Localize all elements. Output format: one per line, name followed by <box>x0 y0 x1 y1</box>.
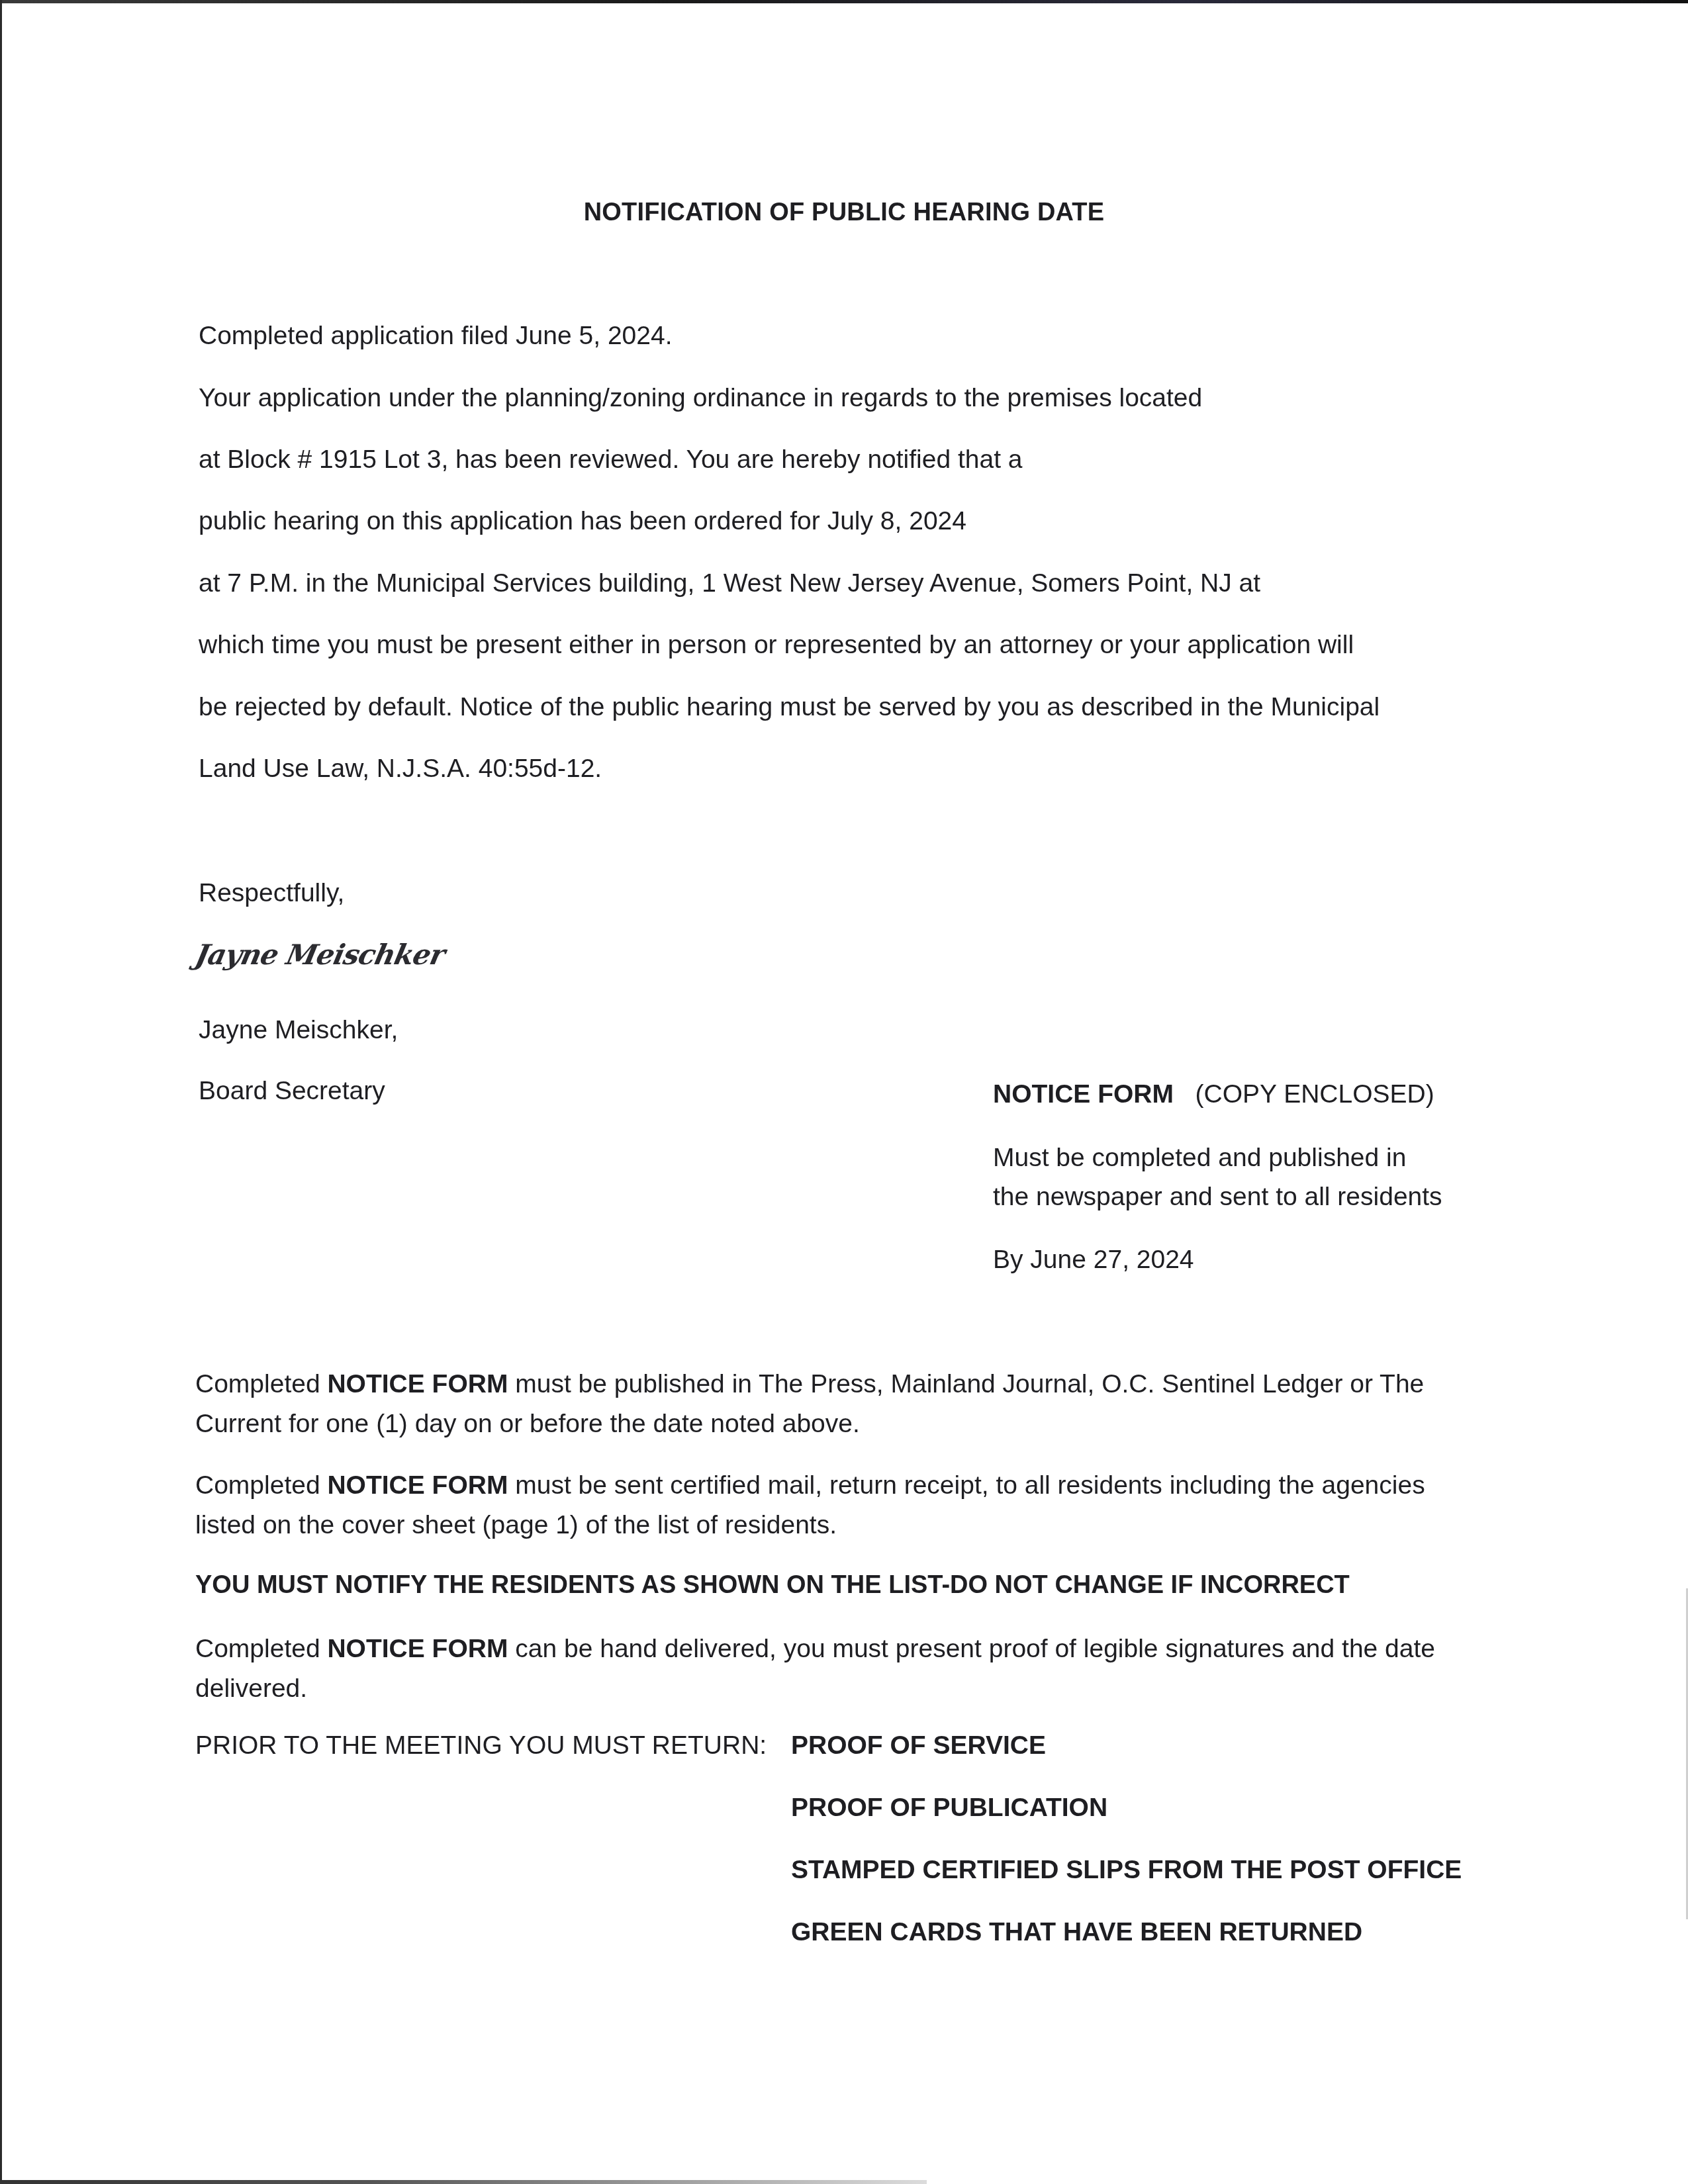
notice-form-heading: NOTICE FORM (COPY ENCLOSED) <box>993 1080 1434 1109</box>
notice-form-line: Must be completed and published in <box>993 1144 1406 1173</box>
notice-deadline: By June 27, 2024 <box>993 1246 1194 1275</box>
body-line: Completed application filed June 5, 2024… <box>199 322 672 351</box>
instruction-hand-delivery: Completed NOTICE FORM can be hand delive… <box>195 1629 1493 1709</box>
instruction-prefix: Completed <box>195 1370 327 1398</box>
requirement-item: PROOF OF PUBLICATION <box>791 1794 1107 1823</box>
scan-edge-bottom <box>0 2180 927 2184</box>
body-line: Land Use Law, N.J.S.A. 40:55d-12. <box>199 754 602 784</box>
requirements-label: PRIOR TO THE MEETING YOU MUST RETURN: <box>195 1731 767 1760</box>
body-line: Your application under the planning/zoni… <box>199 384 1202 413</box>
instruction-prefix: Completed <box>195 1635 327 1663</box>
signer-title: Board Secretary <box>199 1077 385 1106</box>
body-line: at 7 P.M. in the Municipal Services buil… <box>199 569 1260 598</box>
requirement-item: STAMPED CERTIFIED SLIPS FROM THE POST OF… <box>791 1856 1462 1885</box>
scan-edge-left <box>0 0 2 2184</box>
scan-edge-top <box>0 0 1688 3</box>
body-line: which time you must be present either in… <box>199 631 1354 660</box>
instruction-bold: NOTICE FORM <box>327 1635 508 1663</box>
signer-name: Jayne Meischker, <box>199 1016 398 1045</box>
document-title: NOTIFICATION OF PUBLIC HEARING DATE <box>0 199 1688 227</box>
requirement-item: PROOF OF SERVICE <box>791 1731 1046 1760</box>
instruction-bold: NOTICE FORM <box>327 1471 508 1500</box>
warning-text: YOU MUST NOTIFY THE RESIDENTS AS SHOWN O… <box>195 1571 1350 1600</box>
body-line: be rejected by default. Notice of the pu… <box>199 693 1380 722</box>
instruction-prefix: Completed <box>195 1471 327 1500</box>
signature: Jayne Meischker <box>193 938 448 971</box>
instruction-publish: Completed NOTICE FORM must be published … <box>195 1365 1506 1444</box>
notice-form-line: the newspaper and sent to all residents <box>993 1183 1442 1212</box>
requirement-item: GREEN CARDS THAT HAVE BEEN RETURNED <box>791 1918 1362 1947</box>
copy-enclosed-label: (COPY ENCLOSED) <box>1196 1080 1434 1109</box>
instruction-certified-mail: Completed NOTICE FORM must be sent certi… <box>195 1466 1440 1545</box>
body-line: at Block # 1915 Lot 3, has been reviewed… <box>199 445 1023 475</box>
instruction-bold: NOTICE FORM <box>327 1370 508 1398</box>
notice-form-label: NOTICE FORM <box>993 1080 1174 1109</box>
closing: Respectfully, <box>199 879 344 908</box>
body-line: public hearing on this application has b… <box>199 507 966 536</box>
